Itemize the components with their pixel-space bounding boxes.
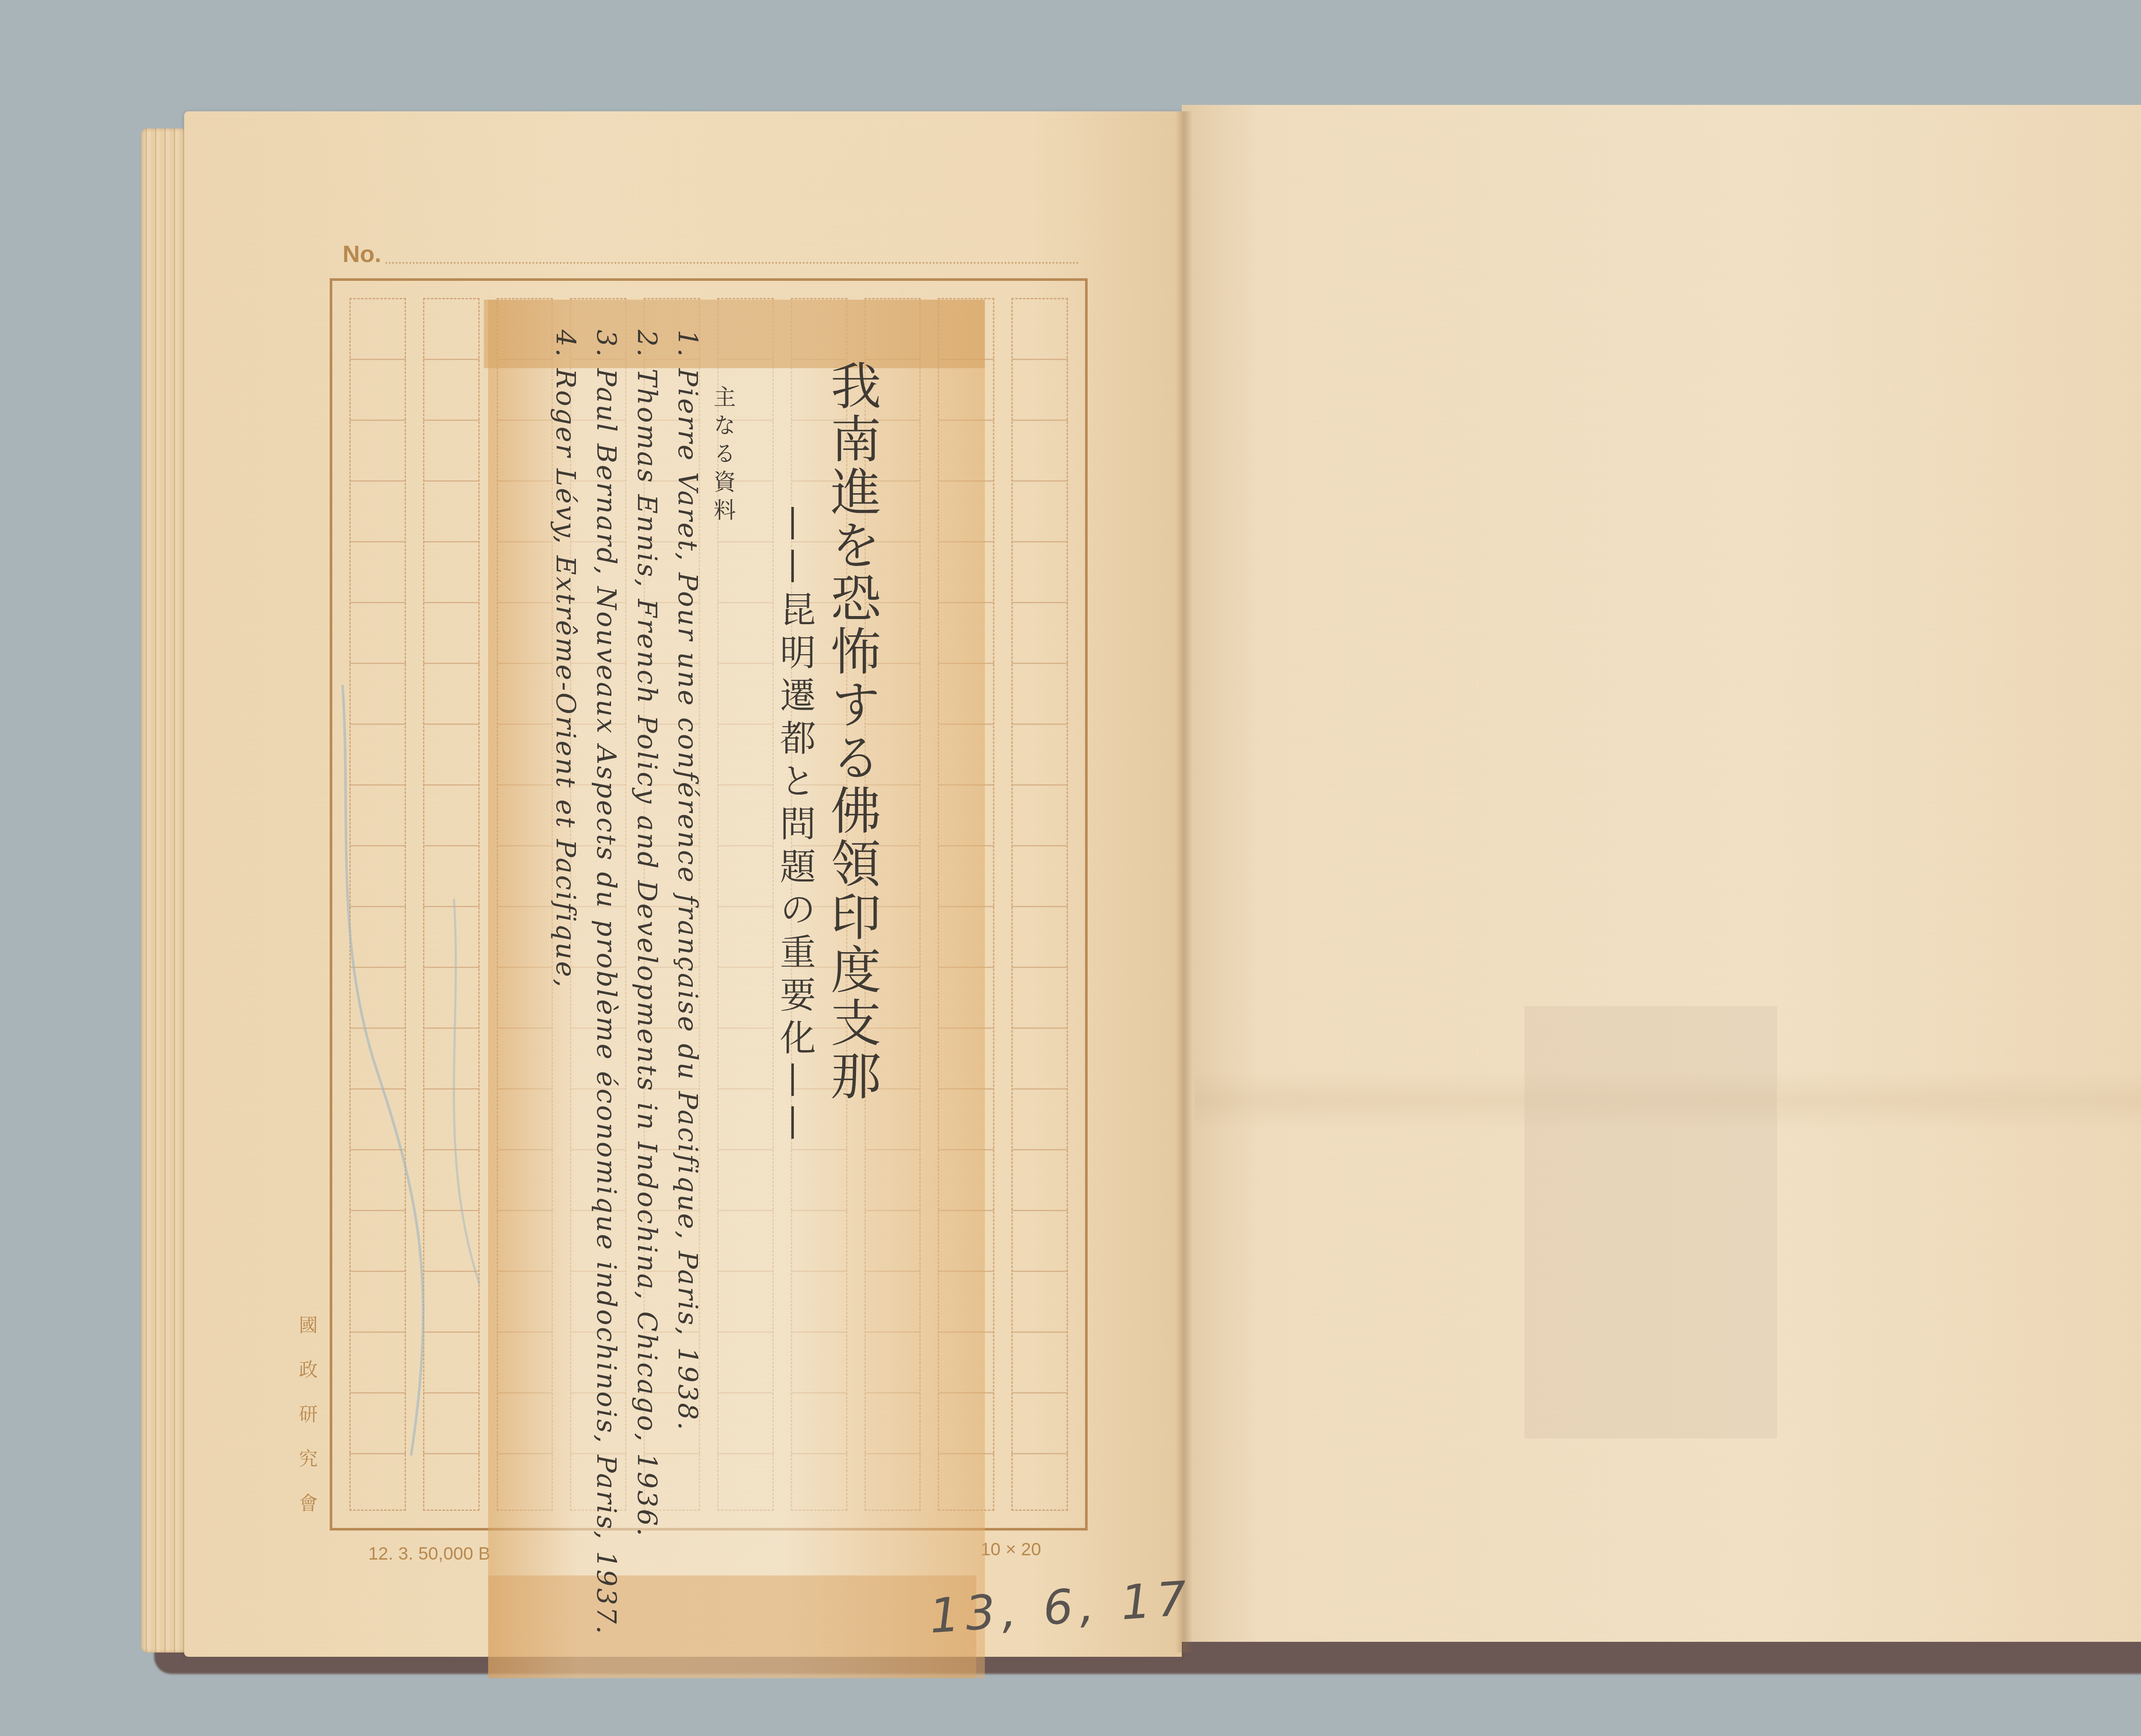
reference-item: 3. Paul Bernard, Nouveaux Aspects du pro… bbox=[593, 330, 620, 1635]
book-gutter bbox=[1175, 111, 1193, 1653]
print-code: 12. 3. 50,000 B bbox=[368, 1543, 490, 1564]
handwritten-title: 我南進を恐怖する佛領印度支那 bbox=[826, 360, 877, 1103]
right-page-offset-mark bbox=[1524, 1006, 1777, 1438]
number-line bbox=[385, 262, 1079, 264]
number-label: No. bbox=[343, 240, 381, 268]
publisher-char: 國 bbox=[295, 1310, 321, 1337]
publisher-char: 政 bbox=[295, 1355, 321, 1382]
reference-item: 1. Pierre Varet, Pour une conférence fra… bbox=[674, 330, 701, 1432]
handwritten-subtitle: ——昆明遷都と問題の重要化—— bbox=[777, 505, 813, 1147]
publisher-imprint: 國 政 研 究 會 bbox=[295, 1310, 321, 1516]
publisher-char: 會 bbox=[295, 1488, 321, 1516]
reference-item: 2. Thomas Ennis, French Policy and Devel… bbox=[634, 330, 660, 1538]
publisher-char: 研 bbox=[295, 1399, 321, 1426]
grid-format: 10 × 20 bbox=[981, 1539, 1041, 1560]
grid-column bbox=[1011, 298, 1068, 1511]
publisher-char: 究 bbox=[295, 1444, 321, 1471]
tape-bottom-strip bbox=[488, 1575, 976, 1678]
references-heading: 主なる資料 bbox=[707, 385, 739, 527]
reference-item: 4. Roger Lévy, Extrême-Orient et Pacifiq… bbox=[552, 330, 579, 989]
